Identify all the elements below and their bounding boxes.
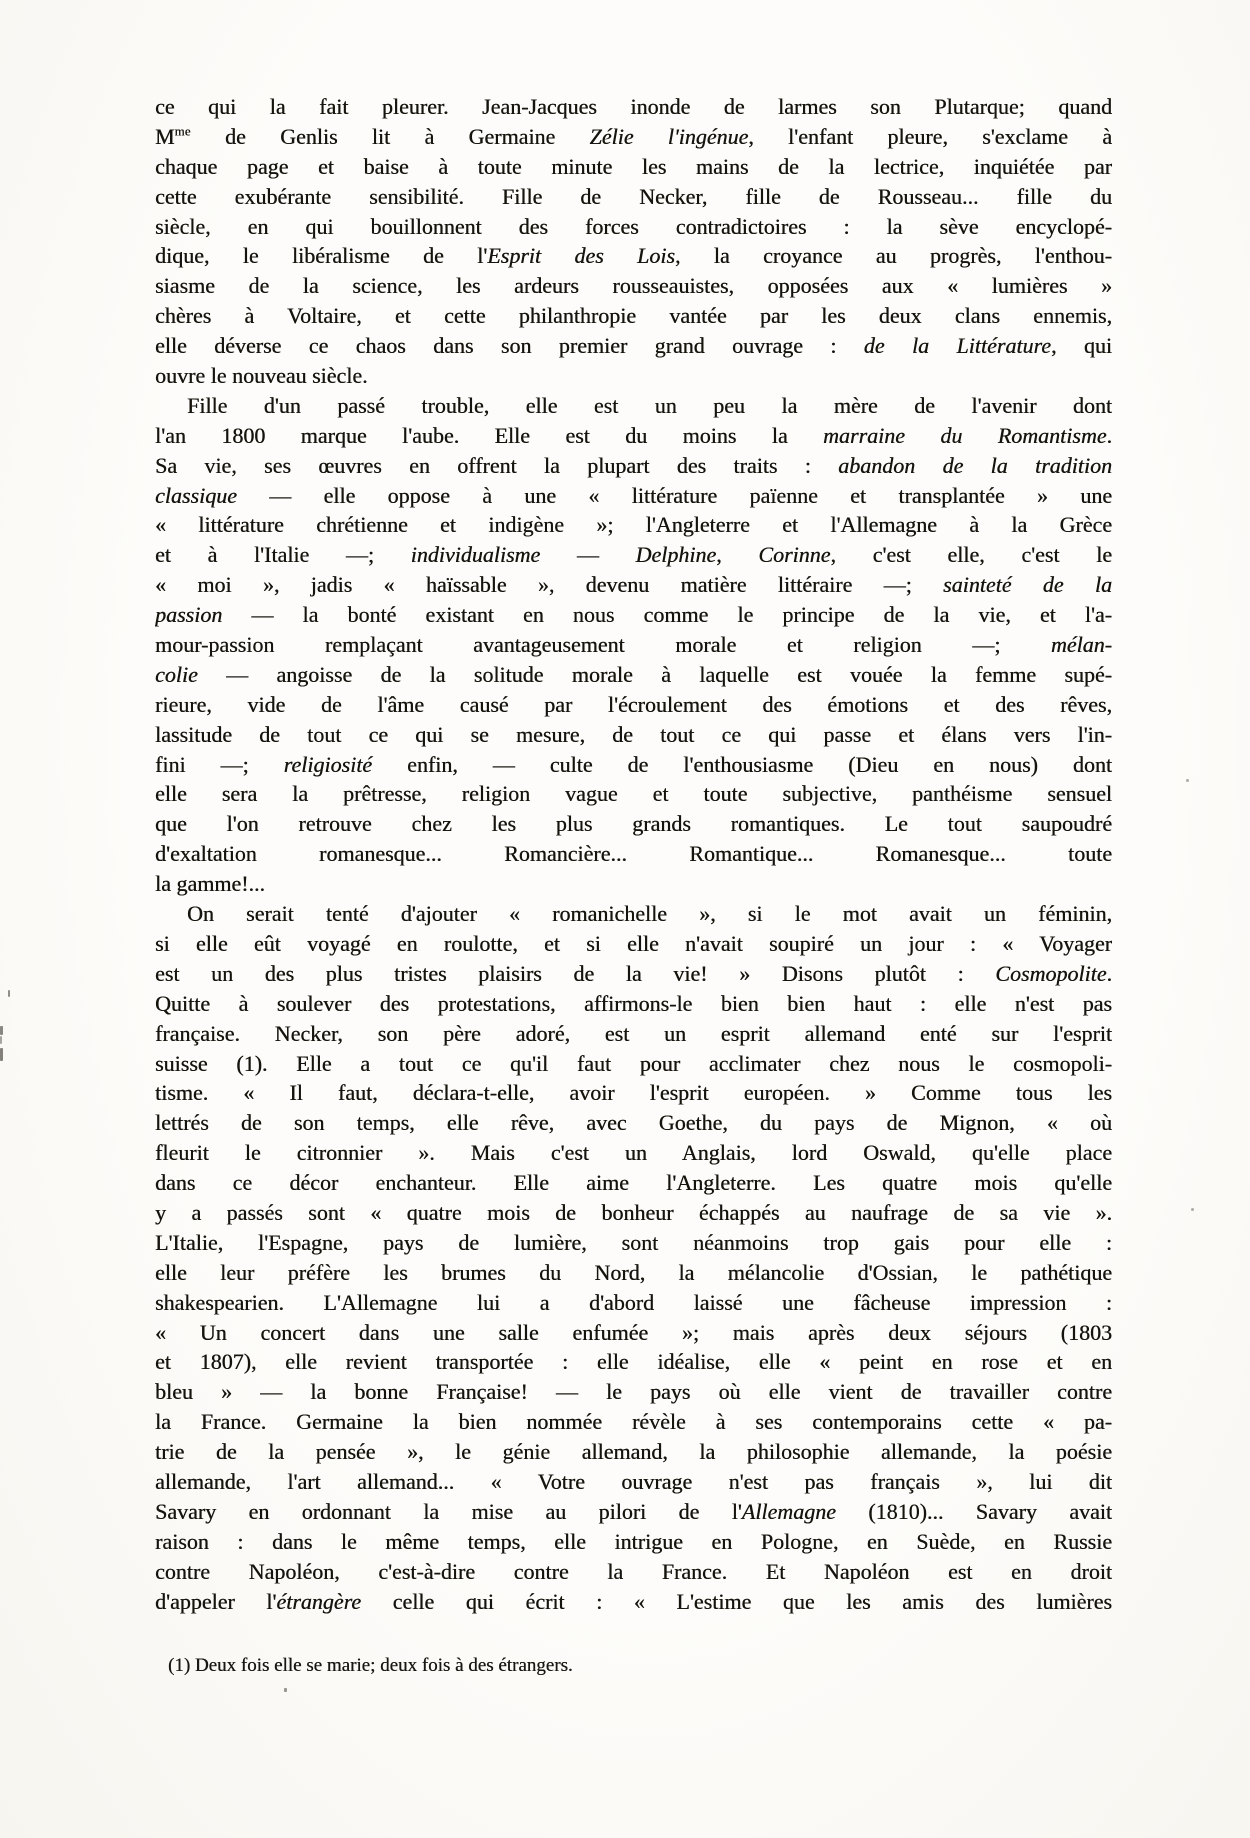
text-line: « moi », jadis « haïssable », devenu mat… xyxy=(155,570,1112,600)
text-line: chères à Voltaire, et cette philanthropi… xyxy=(155,301,1112,331)
footnote: (1) Deux fois elle se marie; deux fois à… xyxy=(168,1654,1088,1678)
text-line: elle leur préfère les brumes du Nord, la… xyxy=(155,1258,1112,1288)
text-line: passion — la bonté existant en nous comm… xyxy=(155,600,1112,630)
text-line: dans ce décor enchanteur. Elle aime l'An… xyxy=(155,1168,1112,1198)
text-line: Fille d'un passé trouble, elle est un pe… xyxy=(155,391,1112,421)
text-line: lassitude de tout ce qui se mesure, de t… xyxy=(155,720,1112,750)
text-line: Savary en ordonnant la mise au pilori de… xyxy=(155,1497,1112,1527)
text-line: dique, le libéralisme de l'Esprit des Lo… xyxy=(155,241,1112,271)
text-line: On serait tenté d'ajouter « romanichelle… xyxy=(155,899,1112,929)
text-line: est un des plus tristes plaisirs de la v… xyxy=(155,959,1112,989)
text-line: que l'on retrouve chez les plus grands r… xyxy=(155,809,1112,839)
text-line: y a passés sont « quatre mois de bonheur… xyxy=(155,1198,1112,1228)
text-line: L'Italie, l'Espagne, pays de lumière, so… xyxy=(155,1228,1112,1258)
text-line: allemande, l'art allemand... « Votre ouv… xyxy=(155,1467,1112,1497)
text-line: trie de la pensée », le génie allemand, … xyxy=(155,1437,1112,1467)
text-line: colie — angoisse de la solitude morale à… xyxy=(155,660,1112,690)
scan-speck xyxy=(1186,779,1189,782)
text-line: elle sera la prêtresse, religion vague e… xyxy=(155,779,1112,809)
text-line: shakespearien. L'Allemagne lui a d'abord… xyxy=(155,1288,1112,1318)
text-line: d'exaltation romanesque... Romancière...… xyxy=(155,839,1112,869)
text-line: siasme de la science, les ardeurs rousse… xyxy=(155,271,1112,301)
text-line: elle déverse ce chaos dans son premier g… xyxy=(155,331,1112,361)
paragraph: ce qui la fait pleurer. Jean-Jacques ino… xyxy=(155,92,1112,391)
text-line: chaque page et baise à toute minute les … xyxy=(155,152,1112,182)
scan-speck xyxy=(8,990,10,997)
text-line: et 1807), elle revient transportée : ell… xyxy=(155,1347,1112,1377)
text-line: Quitte à soulever des protestations, aff… xyxy=(155,989,1112,1019)
text-line: mour-passion remplaçant avantageusement … xyxy=(155,630,1112,660)
text-line: contre Napoléon, c'est-à-dire contre la … xyxy=(155,1557,1112,1587)
text-line: ouvre le nouveau siècle. xyxy=(155,361,1112,391)
book-page: ce qui la fait pleurer. Jean-Jacques ino… xyxy=(0,0,1250,1838)
text-line: raison : dans le même temps, elle intrig… xyxy=(155,1527,1112,1557)
text-line: française. Necker, son père adoré, est u… xyxy=(155,1019,1112,1049)
text-line: d'appeler l'étrangère celle qui écrit : … xyxy=(155,1587,1112,1617)
text-line: ce qui la fait pleurer. Jean-Jacques ino… xyxy=(155,92,1112,122)
text-line: cette exubérante sensibilité. Fille de N… xyxy=(155,182,1112,212)
scan-speck xyxy=(0,1048,3,1061)
text-line: fini —; religiosité enfin, — culte de l'… xyxy=(155,750,1112,780)
scan-speck xyxy=(0,1026,3,1035)
text-line: la France. Germaine la bien nommée révèl… xyxy=(155,1407,1112,1437)
text-line: rieure, vide de l'âme causé par l'écroul… xyxy=(155,690,1112,720)
scan-speck xyxy=(0,1036,2,1044)
paragraph: On serait tenté d'ajouter « romanichelle… xyxy=(155,899,1112,1616)
text-line: Sa vie, ses œuvres en offrent la plupart… xyxy=(155,451,1112,481)
text-line: lettrés de son temps, elle rêve, avec Go… xyxy=(155,1108,1112,1138)
text-line: « Un concert dans une salle enfumée »; m… xyxy=(155,1318,1112,1348)
paragraph: Fille d'un passé trouble, elle est un pe… xyxy=(155,391,1112,899)
text-line: « littérature chrétienne et indigène »; … xyxy=(155,510,1112,540)
text-line: si elle eût voyagé en roulotte, et si el… xyxy=(155,929,1112,959)
text-line: siècle, en qui bouillonnent des forces c… xyxy=(155,212,1112,242)
page-text: ce qui la fait pleurer. Jean-Jacques ino… xyxy=(155,92,1112,1616)
scan-speck xyxy=(1191,1208,1194,1211)
text-line: l'an 1800 marque l'aube. Elle est du moi… xyxy=(155,421,1112,451)
text-line: et à l'Italie —; individualisme — Delphi… xyxy=(155,540,1112,570)
text-line: fleurit le citronnier ». Mais c'est un A… xyxy=(155,1138,1112,1168)
scan-speck xyxy=(284,1688,287,1692)
text-line: Mme de Genlis lit à Germaine Zélie l'ing… xyxy=(155,122,1112,152)
text-line: tisme. « Il faut, déclara-t-elle, avoir … xyxy=(155,1078,1112,1108)
text-line: la gamme!... xyxy=(155,869,1112,899)
text-line: bleu » — la bonne Française! — le pays o… xyxy=(155,1377,1112,1407)
text-line: suisse (1). Elle a tout ce qu'il faut po… xyxy=(155,1049,1112,1079)
text-line: classique — elle oppose à une « littérat… xyxy=(155,481,1112,511)
